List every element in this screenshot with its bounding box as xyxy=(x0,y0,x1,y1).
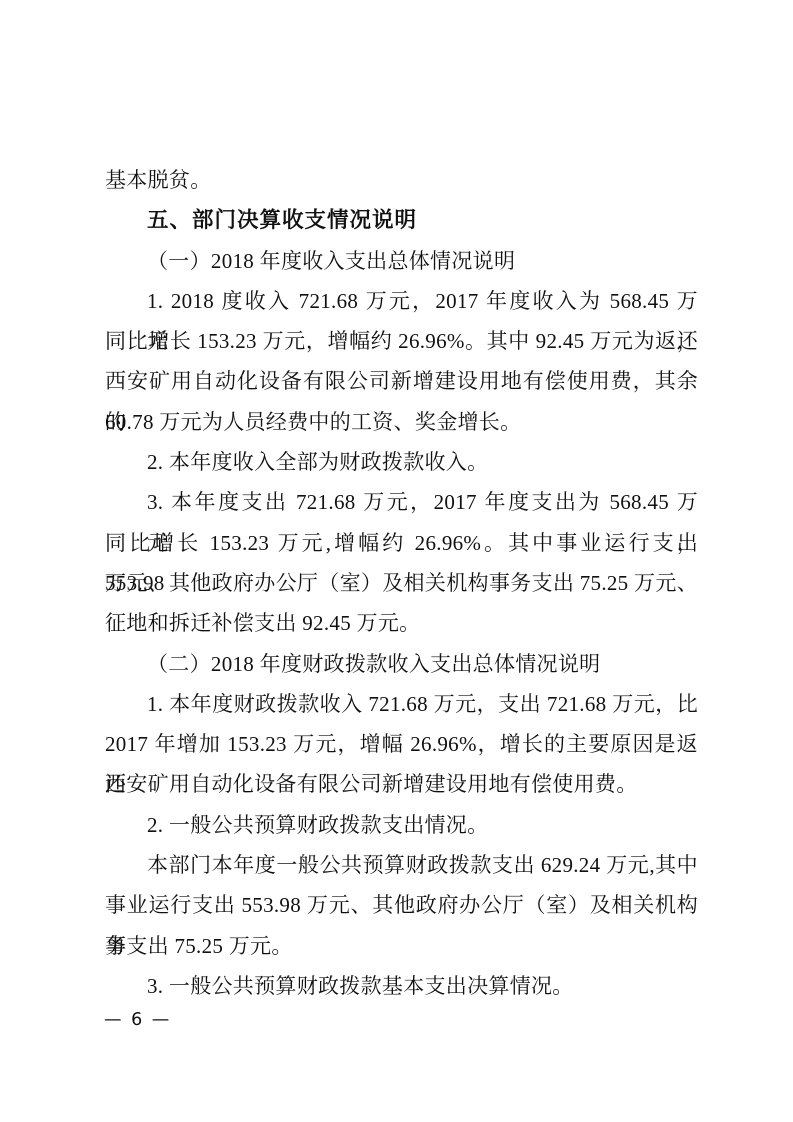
doc-line-11: 万元、其他政府办公厅（室）及相关机构事务支出 75.25 万元、 xyxy=(105,563,698,603)
doc-line-15: 2017 年增加 153.23 万元，增幅 26.96%，增长的主要原因是返还 xyxy=(105,724,698,764)
doc-line-20: 务支出 75.25 万元。 xyxy=(105,926,698,966)
doc-line-10: 同比增长 153.23 万元,增幅约 26.96%。其中事业运行支出 553.9… xyxy=(105,523,698,563)
doc-line-18: 本部门本年度一般公共预算财政拨款支出 629.24 万元,其中 xyxy=(105,845,698,885)
doc-line-09: 3. 本年度支出 721.68 万元，2017 年度支出为 568.45 万元， xyxy=(105,482,698,522)
doc-line-08: 2. 本年度收入全部为财政拨款收入。 xyxy=(105,442,698,482)
page-number: — 6 — xyxy=(104,1010,171,1030)
doc-line-17: 2. 一般公共预算财政拨款支出情况。 xyxy=(105,805,698,845)
doc-line-01-continued-paragraph: 基本脱贫。 xyxy=(105,160,698,200)
doc-line-14: 1. 本年度财政拨款收入 721.68 万元，支出 721.68 万元，比 xyxy=(105,684,698,724)
doc-line-06: 西安矿用自动化设备有限公司新增建设用地有偿使用费，其余的 xyxy=(105,361,698,401)
doc-line-04: 1. 2018 度收入 721.68 万元，2017 年度收入为 568.45 … xyxy=(105,281,698,321)
doc-line-19: 事业运行支出 553.98 万元、其他政府办公厅（室）及相关机构事 xyxy=(105,885,698,925)
subsection-1-heading: （一）2018 年度收入支出总体情况说明 xyxy=(105,241,698,281)
document-body: 基本脱贫。 五、部门决算收支情况说明 （一）2018 年度收入支出总体情况说明 … xyxy=(105,160,698,1006)
doc-line-05: 同比增长 153.23 万元，增幅约 26.96%。其中 92.45 万元为返还 xyxy=(105,321,698,361)
doc-line-21: 3. 一般公共预算财政拨款基本支出决算情况。 xyxy=(105,966,698,1006)
doc-line-07: 60.78 万元为人员经费中的工资、奖金增长。 xyxy=(105,402,698,442)
document-page: 基本脱贫。 五、部门决算收支情况说明 （一）2018 年度收入支出总体情况说明 … xyxy=(0,0,793,1122)
section-heading: 五、部门决算收支情况说明 xyxy=(105,200,698,240)
doc-line-12: 征地和拆迁补偿支出 92.45 万元。 xyxy=(105,603,698,643)
subsection-2-heading: （二）2018 年度财政拨款收入支出总体情况说明 xyxy=(105,644,698,684)
doc-line-16: 西安矿用自动化设备有限公司新增建设用地有偿使用费。 xyxy=(105,764,698,804)
